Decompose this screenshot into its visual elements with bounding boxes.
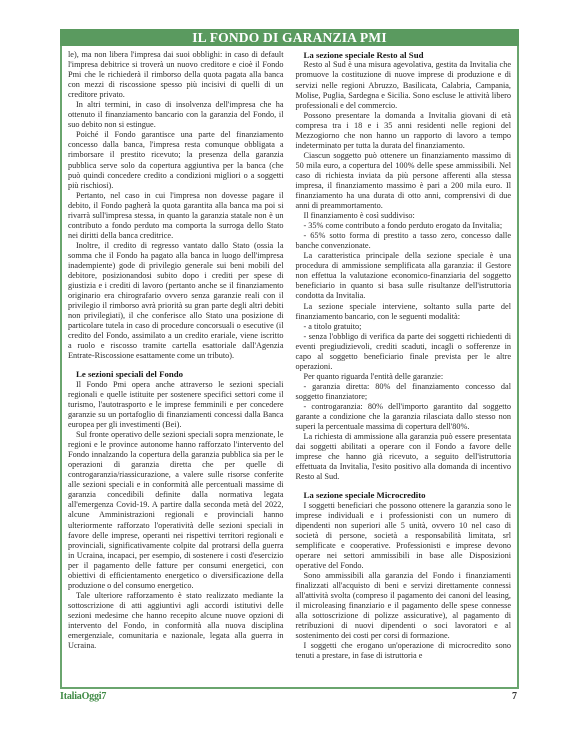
page-number: 7 xyxy=(512,691,517,702)
paragraph: Tale ulteriore rafforzamento è stato rea… xyxy=(68,591,284,651)
paragraph: La caratteristica principale della sezio… xyxy=(296,251,512,301)
paragraph: La sezione speciale interviene, soltanto… xyxy=(296,302,512,322)
paragraph: I soggetti che erogano un'operazione di … xyxy=(296,641,512,661)
page-title: IL FONDO DI GARANZIA PMI xyxy=(60,29,519,46)
list-item: - senza l'obbligo di verifica da parte d… xyxy=(296,332,512,372)
list-item: - garanzia diretta: 80% del finanziament… xyxy=(296,382,512,402)
paragraph: Inoltre, il credito di regresso vantato … xyxy=(68,241,284,362)
paragraph: In altri termini, in caso di insolvenza … xyxy=(68,100,284,130)
paragraph: Ciascun soggetto può ottenere un finanzi… xyxy=(296,151,512,211)
section-heading: La sezione speciale Resto al Sud xyxy=(296,50,512,60)
paragraph: Il Fondo Pmi opera anche attraverso le s… xyxy=(68,380,284,430)
paragraph: Sono ammissibili alla garanzia del Fondo… xyxy=(296,571,512,641)
article-frame: le), ma non libera l'impresa dai suoi ob… xyxy=(60,46,519,689)
section-heading: La sezione speciale Microcredito xyxy=(296,490,512,500)
list-item: - 65% sotto forma di prestito a tasso ze… xyxy=(296,231,512,251)
publication-logo: ItaliaOggi7 xyxy=(60,691,106,702)
right-column: La sezione speciale Resto al Sud Resto a… xyxy=(296,50,512,687)
newspaper-page: IL FONDO DI GARANZIA PMI le), ma non lib… xyxy=(60,29,519,707)
list-item: - controgaranzia: 80% dell'importo garan… xyxy=(296,402,512,432)
paragraph: Poiché il Fondo garantisce una parte del… xyxy=(68,130,284,190)
paragraph: La richiesta di ammissione alla garanzia… xyxy=(296,432,512,482)
list-item: - 35% come contributo a fondo perduto er… xyxy=(296,221,512,231)
paragraph: I soggetti beneficiari che possono otten… xyxy=(296,501,512,571)
paragraph: Possono presentare la domanda a Invitali… xyxy=(296,111,512,151)
page-footer: ItaliaOggi7 7 xyxy=(60,691,519,707)
left-column: le), ma non libera l'impresa dai suoi ob… xyxy=(68,50,284,687)
list-item: - a titolo gratuito; xyxy=(296,322,512,332)
paragraph: Il finanziamento è così suddiviso: xyxy=(296,211,512,221)
paragraph: Resto al Sud è una misura agevolativa, g… xyxy=(296,60,512,110)
paragraph: le), ma non libera l'impresa dai suoi ob… xyxy=(68,50,284,100)
paragraph: Sul fronte operativo delle sezioni speci… xyxy=(68,430,284,591)
paragraph: Pertanto, nel caso in cui l'impresa non … xyxy=(68,191,284,241)
section-heading: Le sezioni speciali del Fondo xyxy=(68,369,284,379)
paragraph: Per quanto riguarda l'entità delle garan… xyxy=(296,372,512,382)
